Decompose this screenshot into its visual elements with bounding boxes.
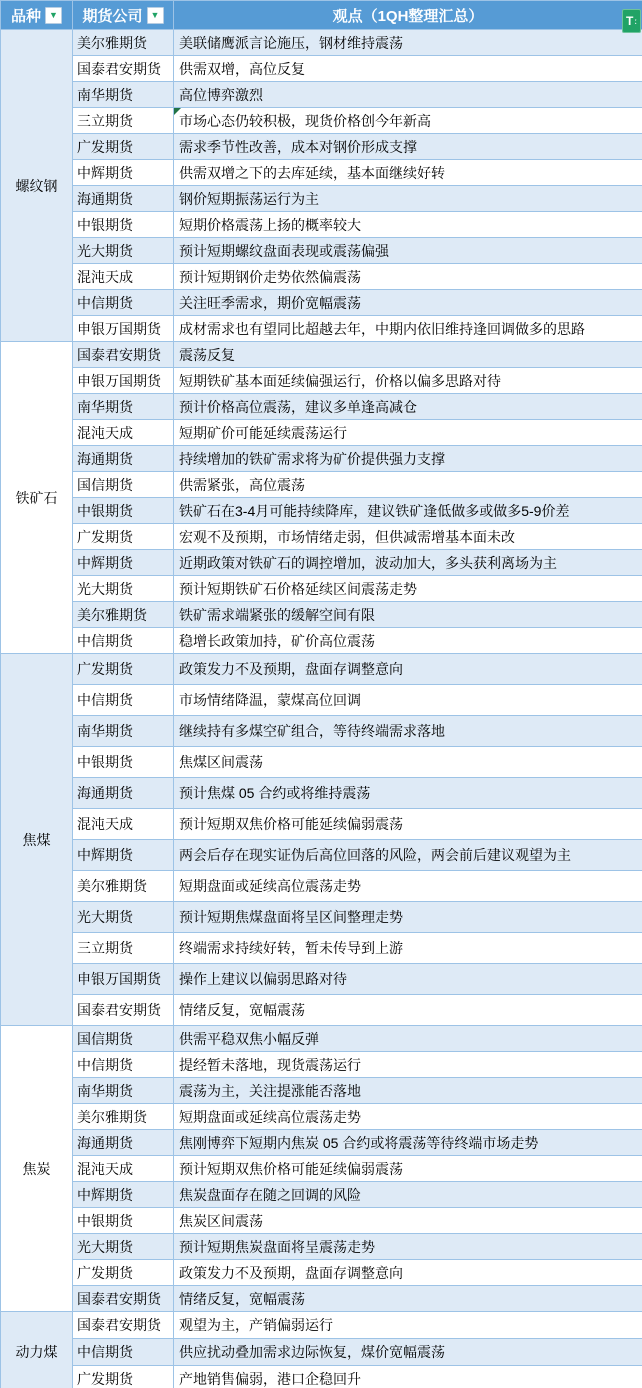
- col-header-view-label: 观点（1QH整理汇总）: [333, 5, 484, 26]
- company-cell[interactable]: 中信期货: [73, 685, 174, 716]
- company-cell[interactable]: 国信期货: [73, 472, 174, 498]
- table-row: 南华期货震荡为主，关注提涨能否落地: [1, 1078, 642, 1104]
- table-row: 光大期货预计短期焦炭盘面将呈震荡走势: [1, 1234, 642, 1260]
- company-cell[interactable]: 中信期货: [73, 1052, 174, 1078]
- view-cell[interactable]: 美联储鹰派言论施压，钢材维持震荡: [174, 30, 642, 56]
- view-cell[interactable]: 终端需求持续好转，暂未传导到上游: [174, 933, 642, 964]
- table-row: 海通期货预计焦煤 05 合约或将维持震荡: [1, 778, 642, 809]
- company-cell[interactable]: 混沌天成: [73, 809, 174, 840]
- table-row: 混沌天成短期矿价可能延续震荡运行: [1, 420, 642, 446]
- table-row: 中辉期货焦炭盘面存在随之回调的风险: [1, 1182, 642, 1208]
- company-cell[interactable]: 中银期货: [73, 212, 174, 238]
- company-cell[interactable]: 南华期货: [73, 82, 174, 108]
- table-row: 国泰君安期货情绪反复，宽幅震荡: [1, 995, 642, 1026]
- view-cell[interactable]: 预计短期铁矿石价格延续区间震荡走势: [174, 576, 642, 602]
- table-body: 螺纹钢美尔雅期货美联储鹰派言论施压，钢材维持震荡国泰君安期货供需双增，高位反复南…: [1, 30, 642, 1388]
- variety-cell[interactable]: 螺纹钢: [1, 30, 73, 342]
- opinions-table: 品种 ▼ 期货公司 ▼ 观点（1QH整理汇总） 螺纹钢美尔雅期货美联储鹰: [0, 0, 642, 1388]
- view-cell[interactable]: 钢价短期振荡运行为主: [174, 186, 642, 212]
- table-row: 海通期货持续增加的铁矿需求将为矿价提供强力支撑: [1, 446, 642, 472]
- table-row: 海通期货焦刚博弈下短期内焦炭 05 合约或将震荡等待终端市场走势: [1, 1130, 642, 1156]
- view-cell[interactable]: 产地销售偏弱，港口企稳回升: [174, 1366, 642, 1388]
- table-filter-tool-label: T: [626, 14, 633, 28]
- view-cell[interactable]: 铁矿需求端紧张的缓解空间有限: [174, 602, 642, 628]
- table-row: 动力煤国泰君安期货观望为主，产销偏弱运行: [1, 1312, 642, 1339]
- view-cell[interactable]: 焦刚博弈下短期内焦炭 05 合约或将震荡等待终端市场走势: [174, 1130, 642, 1156]
- company-cell[interactable]: 光大期货: [73, 1234, 174, 1260]
- table-row: 中信期货市场情绪降温，蒙煤高位回调: [1, 685, 642, 716]
- company-cell[interactable]: 中辉期货: [73, 840, 174, 871]
- company-cell[interactable]: 中银期货: [73, 498, 174, 524]
- view-cell[interactable]: 供需双增之下的去库延续，基本面继续好转: [174, 160, 642, 186]
- company-cell[interactable]: 中银期货: [73, 1208, 174, 1234]
- company-cell[interactable]: 三立期货: [73, 108, 174, 134]
- col-header-company[interactable]: 期货公司 ▼: [73, 1, 174, 30]
- company-cell[interactable]: 国泰君安期货: [73, 56, 174, 82]
- company-cell[interactable]: 中信期货: [73, 628, 174, 654]
- filter-dropdown-icon[interactable]: ▼: [45, 7, 62, 24]
- company-cell[interactable]: 申银万国期货: [73, 964, 174, 995]
- table-row: 中银期货焦炭区间震荡: [1, 1208, 642, 1234]
- view-cell[interactable]: 宏观不及预期，市场情绪走弱，但供减需增基本面未改: [174, 524, 642, 550]
- company-cell[interactable]: 国信期货: [73, 1026, 174, 1052]
- table-row: 美尔雅期货短期盘面或延续高位震荡走势: [1, 1104, 642, 1130]
- view-cell[interactable]: 预计短期钢价走势依然偏震荡: [174, 264, 642, 290]
- view-cell[interactable]: 预计短期螺纹盘面表现或震荡偏强: [174, 238, 642, 264]
- col-header-view[interactable]: 观点（1QH整理汇总）: [174, 1, 642, 30]
- company-cell[interactable]: 中银期货: [73, 747, 174, 778]
- company-cell[interactable]: 申银万国期货: [73, 368, 174, 394]
- view-cell[interactable]: 震荡为主，关注提涨能否落地: [174, 1078, 642, 1104]
- company-cell[interactable]: 海通期货: [73, 1130, 174, 1156]
- view-cell[interactable]: 高位博弈激烈: [174, 82, 642, 108]
- company-cell[interactable]: 中辉期货: [73, 1182, 174, 1208]
- company-cell[interactable]: 广发期货: [73, 1260, 174, 1286]
- col-header-variety[interactable]: 品种 ▼: [1, 1, 73, 30]
- view-cell[interactable]: 短期矿价可能延续震荡运行: [174, 420, 642, 446]
- company-cell[interactable]: 中信期货: [73, 1339, 174, 1366]
- table-row: 三立期货终端需求持续好转，暂未传导到上游: [1, 933, 642, 964]
- table-row: 南华期货继续持有多煤空矿组合，等待终端需求落地: [1, 716, 642, 747]
- table-row: 国信期货供需紧张，高位震荡: [1, 472, 642, 498]
- company-cell[interactable]: 南华期货: [73, 1078, 174, 1104]
- table-row: 国泰君安期货供需双增，高位反复: [1, 56, 642, 82]
- table-row: 申银万国期货短期铁矿基本面延续偏强运行，价格以偏多思路对待: [1, 368, 642, 394]
- view-cell[interactable]: 预计焦煤 05 合约或将维持震荡: [174, 778, 642, 809]
- company-cell[interactable]: 海通期货: [73, 186, 174, 212]
- view-cell[interactable]: 情绪反复，宽幅震荡: [174, 995, 642, 1026]
- view-cell[interactable]: 关注旺季需求，期价宽幅震荡: [174, 290, 642, 316]
- table-row: 中银期货短期价格震荡上扬的概率较大: [1, 212, 642, 238]
- table-row: 混沌天成预计短期双焦价格可能延续偏弱震荡: [1, 809, 642, 840]
- company-cell[interactable]: 中信期货: [73, 290, 174, 316]
- view-cell[interactable]: 焦炭盘面存在随之回调的风险: [174, 1182, 642, 1208]
- table-row: 中辉期货两会后存在现实证伪后高位回落的风险，两会前后建议观望为主: [1, 840, 642, 871]
- company-cell[interactable]: 混沌天成: [73, 420, 174, 446]
- view-cell[interactable]: 成材需求也有望同比超越去年，中期内依旧维持逢回调做多的思路: [174, 316, 642, 342]
- view-cell[interactable]: 预计短期双焦价格可能延续偏弱震荡: [174, 809, 642, 840]
- table-row: 广发期货产地销售偏弱，港口企稳回升: [1, 1366, 642, 1388]
- company-cell[interactable]: 混沌天成: [73, 1156, 174, 1182]
- view-cell[interactable]: 预计短期焦煤盘面将呈区间整理走势: [174, 902, 642, 933]
- table-filter-tool-dots: ː: [634, 17, 637, 26]
- table-row: 中信期货提经暂未落地，现货震荡运行: [1, 1052, 642, 1078]
- table-row: 光大期货预计短期焦煤盘面将呈区间整理走势: [1, 902, 642, 933]
- table-row: 混沌天成预计短期双焦价格可能延续偏弱震荡: [1, 1156, 642, 1182]
- table-row: 铁矿石国泰君安期货震荡反复: [1, 342, 642, 368]
- view-cell[interactable]: 稳增长政策加持，矿价高位震荡: [174, 628, 642, 654]
- table-row: 中信期货关注旺季需求，期价宽幅震荡: [1, 290, 642, 316]
- spreadsheet-table: 品种 ▼ 期货公司 ▼ 观点（1QH整理汇总） 螺纹钢美尔雅期货美联储鹰: [0, 0, 642, 1388]
- view-cell[interactable]: 操作上建议以偏弱思路对待: [174, 964, 642, 995]
- table-row: 光大期货预计短期铁矿石价格延续区间震荡走势: [1, 576, 642, 602]
- company-cell[interactable]: 光大期货: [73, 902, 174, 933]
- view-cell[interactable]: 供需双增，高位反复: [174, 56, 642, 82]
- company-cell[interactable]: 国泰君安期货: [73, 995, 174, 1026]
- view-cell[interactable]: 预计价格高位震荡，建议多单逢高减仓: [174, 394, 642, 420]
- company-cell[interactable]: 美尔雅期货: [73, 871, 174, 902]
- table-row: 广发期货宏观不及预期，市场情绪走弱，但供减需增基本面未改: [1, 524, 642, 550]
- table-row: 中信期货供应扰动叠加需求边际恢复，煤价宽幅震荡: [1, 1339, 642, 1366]
- company-cell[interactable]: 三立期货: [73, 933, 174, 964]
- view-cell[interactable]: 铁矿石在3-4月可能持续降库，建议铁矿逢低做多或做多5-9价差: [174, 498, 642, 524]
- company-cell[interactable]: 国泰君安期货: [73, 1312, 174, 1339]
- view-cell[interactable]: 震荡反复: [174, 342, 642, 368]
- table-row: 广发期货需求季节性改善，成本对钢价形成支撑: [1, 134, 642, 160]
- table-row: 申银万国期货成材需求也有望同比超越去年，中期内依旧维持逢回调做多的思路: [1, 316, 642, 342]
- view-cell[interactable]: 继续持有多煤空矿组合，等待终端需求落地: [174, 716, 642, 747]
- col-header-company-label: 期货公司: [82, 5, 142, 26]
- view-cell[interactable]: 提经暂未落地，现货震荡运行: [174, 1052, 642, 1078]
- company-cell[interactable]: 广发期货: [73, 1366, 174, 1388]
- table-row: 广发期货政策发力不及预期，盘面存调整意向: [1, 1260, 642, 1286]
- table-row: 中信期货稳增长政策加持，矿价高位震荡: [1, 628, 642, 654]
- view-cell[interactable]: 预计短期焦炭盘面将呈震荡走势: [174, 1234, 642, 1260]
- view-cell[interactable]: 持续增加的铁矿需求将为矿价提供强力支撑: [174, 446, 642, 472]
- table-filter-tool-icon[interactable]: Tː: [622, 9, 641, 33]
- table-row: 中银期货焦煤区间震荡: [1, 747, 642, 778]
- view-cell[interactable]: 短期盘面或延续高位震荡走势: [174, 871, 642, 902]
- view-cell[interactable]: 预计短期双焦价格可能延续偏弱震荡: [174, 1156, 642, 1182]
- company-cell[interactable]: 美尔雅期货: [73, 602, 174, 628]
- view-cell[interactable]: 市场心态仍较积极，现货价格创今年新高: [174, 108, 642, 134]
- company-cell[interactable]: 光大期货: [73, 576, 174, 602]
- view-cell[interactable]: 焦煤区间震荡: [174, 747, 642, 778]
- company-cell[interactable]: 中辉期货: [73, 160, 174, 186]
- company-cell[interactable]: 海通期货: [73, 778, 174, 809]
- company-cell[interactable]: 美尔雅期货: [73, 30, 174, 56]
- table-row: 中辉期货供需双增之下的去库延续，基本面继续好转: [1, 160, 642, 186]
- table-row: 海通期货钢价短期振荡运行为主: [1, 186, 642, 212]
- company-cell[interactable]: 广发期货: [73, 524, 174, 550]
- company-cell[interactable]: 广发期货: [73, 654, 174, 685]
- view-cell[interactable]: 需求季节性改善，成本对钢价形成支撑: [174, 134, 642, 160]
- view-cell[interactable]: 供需紧张，高位震荡: [174, 472, 642, 498]
- view-cell[interactable]: 焦炭区间震荡: [174, 1208, 642, 1234]
- filter-dropdown-icon[interactable]: ▼: [147, 7, 164, 24]
- variety-cell[interactable]: 动力煤: [1, 1312, 73, 1388]
- table-row: 申银万国期货操作上建议以偏弱思路对待: [1, 964, 642, 995]
- company-cell[interactable]: 光大期货: [73, 238, 174, 264]
- table-row: 中辉期货近期政策对铁矿石的调控增加，波动加大，多头获利离场为主: [1, 550, 642, 576]
- table-row: 三立期货市场心态仍较积极，现货价格创今年新高: [1, 108, 642, 134]
- view-cell[interactable]: 观望为主，产销偏弱运行: [174, 1312, 642, 1339]
- company-cell[interactable]: 广发期货: [73, 134, 174, 160]
- table-row: 螺纹钢美尔雅期货美联储鹰派言论施压，钢材维持震荡: [1, 30, 642, 56]
- company-cell[interactable]: 美尔雅期货: [73, 1104, 174, 1130]
- view-cell[interactable]: 政策发力不及预期，盘面存调整意向: [174, 1260, 642, 1286]
- view-cell[interactable]: 短期价格震荡上扬的概率较大: [174, 212, 642, 238]
- col-header-variety-label: 品种: [11, 5, 41, 26]
- table-row: 焦炭国信期货供需平稳双焦小幅反弹: [1, 1026, 642, 1052]
- company-cell[interactable]: 南华期货: [73, 394, 174, 420]
- company-cell[interactable]: 国泰君安期货: [73, 1286, 174, 1312]
- table-row: 光大期货预计短期螺纹盘面表现或震荡偏强: [1, 238, 642, 264]
- view-cell[interactable]: 两会后存在现实证伪后高位回落的风险，两会前后建议观望为主: [174, 840, 642, 871]
- view-cell[interactable]: 近期政策对铁矿石的调控增加，波动加大，多头获利离场为主: [174, 550, 642, 576]
- table-header-row: 品种 ▼ 期货公司 ▼ 观点（1QH整理汇总）: [1, 1, 642, 30]
- view-cell[interactable]: 短期铁矿基本面延续偏强运行，价格以偏多思路对待: [174, 368, 642, 394]
- view-cell[interactable]: 供需平稳双焦小幅反弹: [174, 1026, 642, 1052]
- company-cell[interactable]: 海通期货: [73, 446, 174, 472]
- table-row: 美尔雅期货铁矿需求端紧张的缓解空间有限: [1, 602, 642, 628]
- company-cell[interactable]: 南华期货: [73, 716, 174, 747]
- table-row: 混沌天成预计短期钢价走势依然偏震荡: [1, 264, 642, 290]
- table-row: 中银期货铁矿石在3-4月可能持续降库，建议铁矿逢低做多或做多5-9价差: [1, 498, 642, 524]
- table-row: 南华期货预计价格高位震荡，建议多单逢高减仓: [1, 394, 642, 420]
- table-row: 焦煤广发期货政策发力不及预期，盘面存调整意向: [1, 654, 642, 685]
- company-cell[interactable]: 申银万国期货: [73, 316, 174, 342]
- table-row: 南华期货高位博弈激烈: [1, 82, 642, 108]
- variety-cell[interactable]: 铁矿石: [1, 342, 73, 654]
- company-cell[interactable]: 国泰君安期货: [73, 342, 174, 368]
- table-row: 美尔雅期货短期盘面或延续高位震荡走势: [1, 871, 642, 902]
- view-cell[interactable]: 供应扰动叠加需求边际恢复，煤价宽幅震荡: [174, 1339, 642, 1366]
- view-cell[interactable]: 情绪反复，宽幅震荡: [174, 1286, 642, 1312]
- table-row: 国泰君安期货情绪反复，宽幅震荡: [1, 1286, 642, 1312]
- view-cell[interactable]: 市场情绪降温，蒙煤高位回调: [174, 685, 642, 716]
- view-cell[interactable]: 短期盘面或延续高位震荡走势: [174, 1104, 642, 1130]
- company-cell[interactable]: 混沌天成: [73, 264, 174, 290]
- variety-cell[interactable]: 焦炭: [1, 1026, 73, 1312]
- variety-cell[interactable]: 焦煤: [1, 654, 73, 1026]
- cell-comment-marker-icon: [174, 108, 181, 115]
- view-cell[interactable]: 政策发力不及预期，盘面存调整意向: [174, 654, 642, 685]
- company-cell[interactable]: 中辉期货: [73, 550, 174, 576]
